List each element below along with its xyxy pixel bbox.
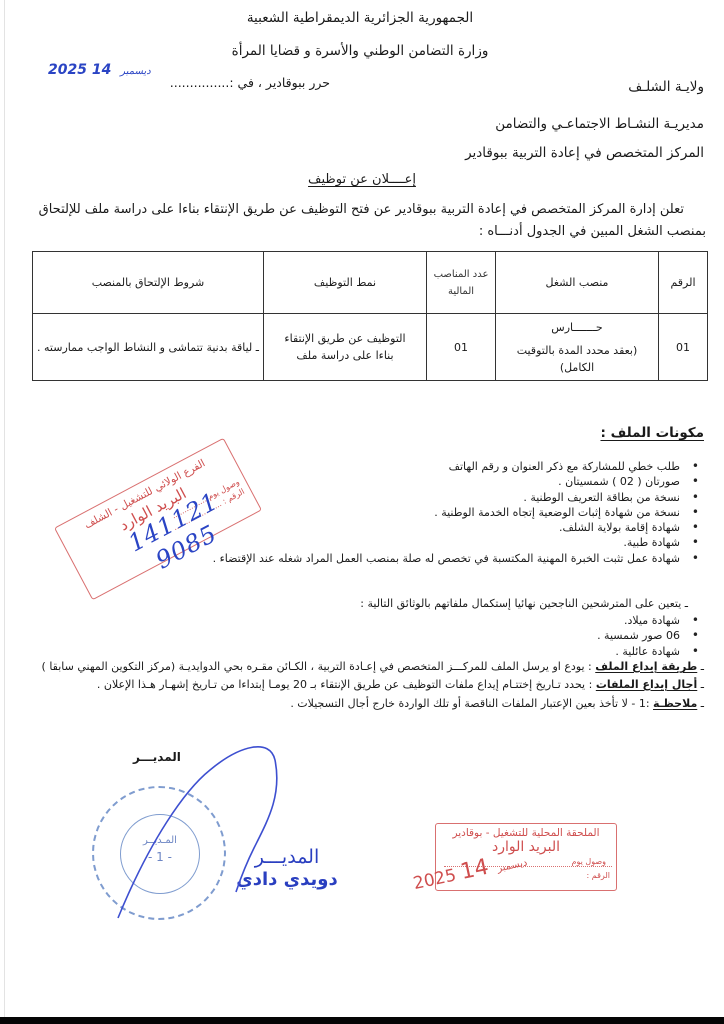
list-item: طلب خطي للمشاركة مع ذكر العنوان و رقم ال… — [213, 459, 704, 474]
bottom-scan-band — [0, 1017, 724, 1024]
cell-count: 01 — [427, 314, 496, 381]
cell-mode: التوظيف عن طريق الإنتقاء بناءا على دراسة… — [264, 314, 427, 381]
round-stamp-center-text: المـديــر — [121, 835, 199, 846]
table-row: 01 حـــــــارس (بعقد محدد المدة بالتوقيت… — [33, 314, 708, 381]
wilaya-label: ولايـة الشلـف — [628, 79, 704, 95]
announcement-intro: تعلن إدارة المركز المتخصص في إعادة الترب… — [26, 199, 706, 243]
list-item: شهادة إقامة بولاية الشلف. — [213, 520, 704, 535]
regional-received-stamp: الفرع الولائي للتشغيل - الشلف البريد الو… — [54, 438, 262, 601]
list-item: شهادة ميلاد. — [597, 613, 704, 628]
director-label: المديـــر — [133, 750, 181, 764]
deadline-label: أجال إيداع الملفات — [596, 678, 697, 691]
file-components-title-text: مكونات الملف : — [600, 425, 704, 441]
ministry-header: وزارة التضامن الوطني والأسرة و قضايا الم… — [200, 43, 520, 59]
note-label: ملاحظـة — [653, 697, 697, 710]
list-item: شهادة طبية. — [213, 535, 704, 550]
deadline-text: : يحدد تـاريخ إختتـام إيداع ملفات التوظي… — [97, 678, 596, 691]
deadline-line: ـ أجال إيداع الملفات : يحدد تـاريخ إختتـ… — [97, 678, 704, 691]
header-number: الرقم — [659, 252, 708, 314]
note-text: :1 - لا تأخذ بعين الإعتبار الملفات الناق… — [290, 697, 653, 710]
deposit-method-line: ـ طريقة إيداع الملف : يودع او يرسل الملف… — [42, 660, 704, 673]
cell-position: حـــــــارس (بعقد محدد المدة بالتوقيت ال… — [496, 314, 659, 381]
jobs-table: الرقم منصب الشغل عدد المناصب المالية نمط… — [32, 251, 708, 381]
cell-number: 01 — [659, 314, 708, 381]
header-count: عدد المناصب المالية — [427, 252, 496, 314]
file-components-title: مكونات الملف : — [600, 425, 704, 441]
list-item: نسخة من بطاقة التعريف الوطنية . — [213, 490, 704, 505]
position-title: حـــــــارس — [500, 319, 654, 336]
final-documents-list: شهادة ميلاد. 06 صور شمسية . شهادة عائلية… — [597, 613, 704, 659]
position-note: (بعقد محدد المدة بالتوقيت الكامل) — [500, 342, 654, 376]
directorate-label: مديريـة النشـاط الاجتماعـي والتضامن — [495, 116, 704, 132]
note-line: ـ ملاحظـة :1 - لا تأخذ بعين الإعتبار الم… — [290, 697, 704, 710]
director-title-stamp: المديـــر — [232, 845, 342, 869]
center-label: المركز المتخصص في إعادة التربية ببوقادير — [465, 145, 704, 161]
announcement-title-text: إعــــلان عن توظيف — [308, 172, 416, 187]
deposit-method-text: : يودع او يرسل الملف للمركـــز المتخصص ف… — [42, 660, 596, 673]
place-date-label: حرر ببوقادير ، في :............... — [90, 75, 330, 90]
round-official-stamp: المـديــر - 1 - — [92, 786, 226, 920]
final-documents-note: ـ يتعين على المترشحين الناجحين نهائيا إس… — [360, 597, 688, 610]
header-mode: نمط التوظيف — [264, 252, 427, 314]
round-stamp-inner: المـديــر - 1 - — [120, 814, 200, 894]
list-item: شهادة عائلية . — [597, 644, 704, 659]
list-item: صورتان ( 02 ) شمسيتان . — [213, 474, 704, 489]
header-conditions: شروط الإلتحاق بالمنصب — [33, 252, 264, 314]
table-header-row: الرقم منصب الشغل عدد المناصب المالية نمط… — [33, 252, 708, 314]
list-item: 06 صور شمسية . — [597, 628, 704, 643]
cell-conditions: ـ لياقة بدنية تتماشى و النشاط الواجب مما… — [33, 314, 264, 381]
round-stamp-number: - 1 - — [121, 850, 199, 864]
announcement-title: إعــــلان عن توظيف — [0, 172, 724, 187]
list-item: شهادة عمل تثبت الخبرة المهنية المكتسبة ف… — [213, 551, 704, 566]
stamp-line: الملحقة المحلية للتشغيل - بوقادير — [436, 827, 616, 839]
local-stamp-month: ديسمبر — [496, 857, 528, 874]
deposit-method-label: طريقة إيداع الملف — [595, 660, 697, 673]
director-name: دويدي دادي — [232, 869, 342, 891]
list-item: نسخة من شهادة إثبات الوضعية إتجاه الخدمة… — [213, 505, 704, 520]
republic-header: الجمهورية الجزائرية الديمقراطية الشعبية — [200, 10, 520, 26]
file-components-list: طلب خطي للمشاركة مع ذكر العنوان و رقم ال… — [213, 459, 704, 566]
page-edge — [4, 0, 5, 1018]
director-name-stamp: المديـــر دويدي دادي — [232, 845, 342, 891]
handwritten-date-year: 2025 — [48, 62, 87, 78]
header-position: منصب الشغل — [496, 252, 659, 314]
